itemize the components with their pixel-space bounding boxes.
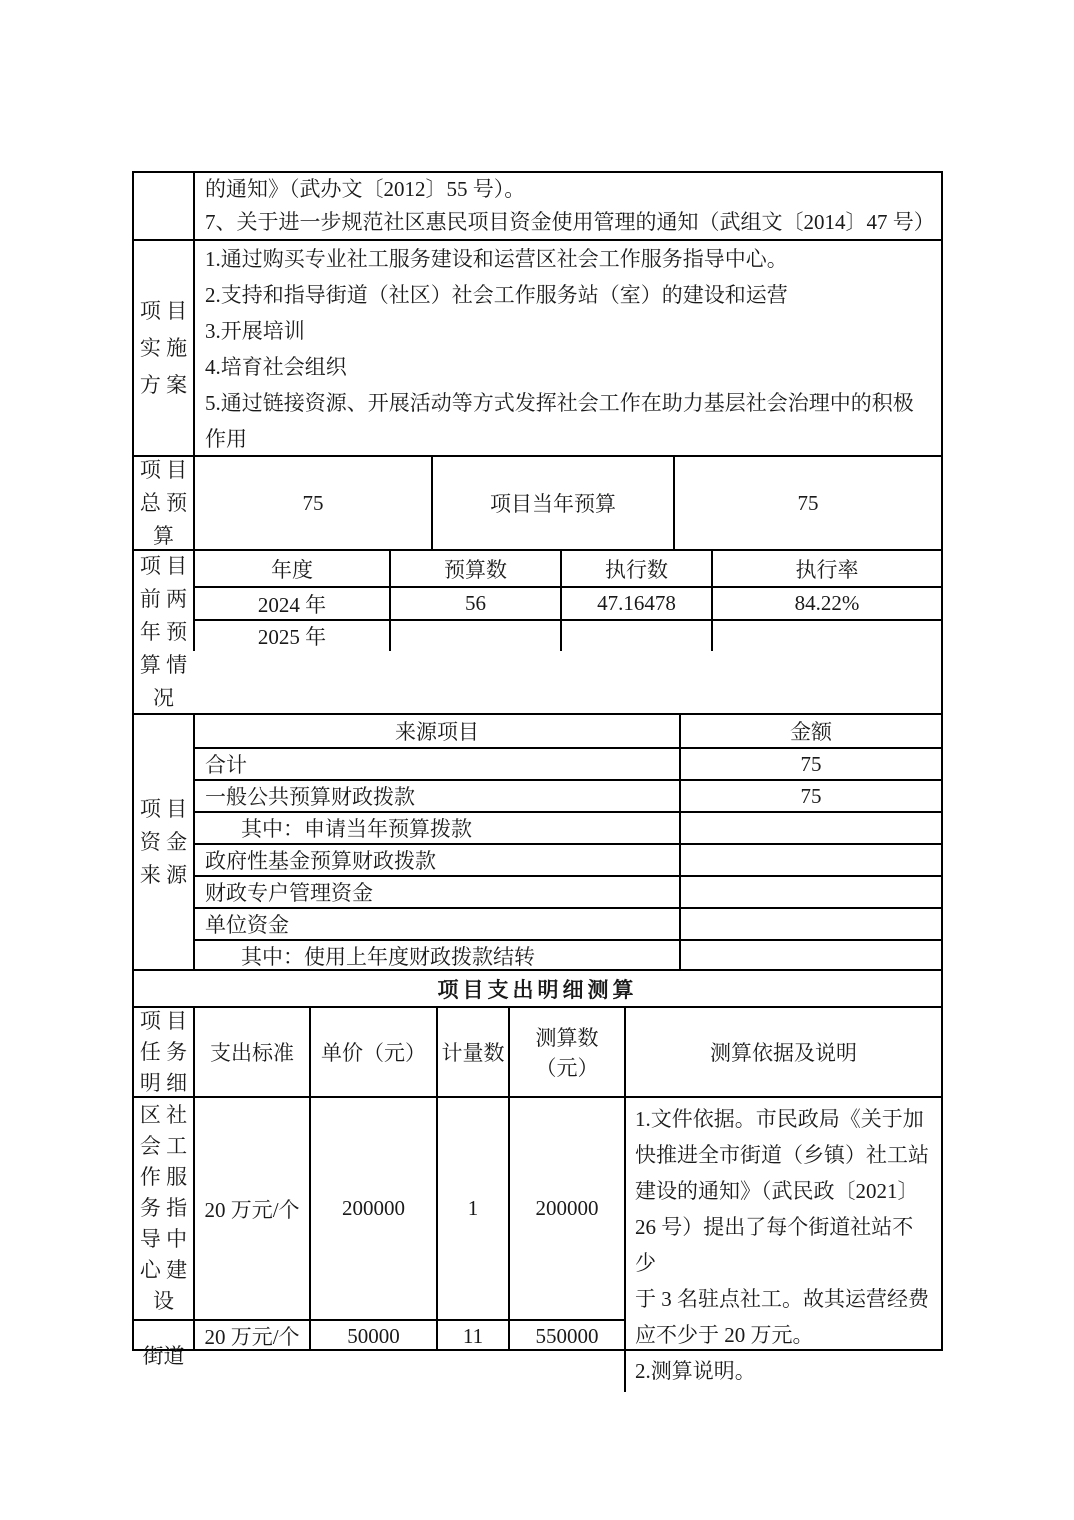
previous-years-budget-section: 项 目 前 两 年 预 算 情 况 年度 预算数 执行数 执行率 2024 年 … <box>134 549 941 713</box>
header-amount: 金额 <box>679 715 941 747</box>
unit-price-street: 50000 <box>309 1321 436 1351</box>
header-quantity: 计量数 <box>436 1008 508 1096</box>
continuation-text: 的通知》（武办文〔2012〕55 号）。 7、关于进一步规范社区惠民项目资金使用… <box>195 173 941 239</box>
budget-2025 <box>389 621 560 651</box>
funding-source-grid: 来源项目 金额 合计 75 一般公共预算财政拨款 75 其中：申请当年预算拨款 … <box>193 715 941 969</box>
execution-rate-2024: 84.22% <box>711 588 941 619</box>
year-2025-row: 2025 年 <box>193 619 941 651</box>
funding-row-unit-funds: 单位资金 <box>193 907 941 939</box>
funding-row-general-public: 一般公共预算财政拨款 75 <box>193 779 941 811</box>
header-calculated-amount: 测算数 （元） <box>508 1008 624 1096</box>
header-budget-number: 预算数 <box>389 551 560 586</box>
funding-source-label-cell: 项 目 资 金 来 源 <box>134 715 193 969</box>
source-name: 财政专户管理资金 <box>193 877 679 907</box>
standard-center-build: 20 万元/个 <box>193 1098 309 1319</box>
header-execution-number: 执行数 <box>560 551 711 586</box>
amount-center-build: 200000 <box>508 1098 624 1319</box>
source-amount <box>679 813 941 843</box>
calculation-basis-text: 1.文件依据。市民政局《关于加 快推进全市街道（乡镇）社工站 建设的通知》（武民… <box>626 1098 941 1392</box>
center-build-row: 20 万元/个 200000 1 200000 <box>193 1098 624 1319</box>
funding-source-label: 项 目 资 金 来 源 <box>140 793 187 892</box>
source-name: 其中：申请当年预算拨款 <box>193 813 679 843</box>
source-amount <box>679 845 941 875</box>
source-amount <box>679 941 941 971</box>
task-label-column: 区 社 会 工 作 服 务 指 导 中 心 建 设 街道 <box>134 1098 193 1392</box>
header-expenditure-standard: 支出标准 <box>193 1008 309 1096</box>
funding-row-government-fund: 政府性基金预算财政拨款 <box>193 843 941 875</box>
execution-2024: 47.16478 <box>560 588 711 619</box>
header-year: 年度 <box>193 551 389 586</box>
standard-street: 20 万元/个 <box>193 1321 309 1351</box>
current-year-budget-value: 75 <box>673 457 941 549</box>
total-budget-value: 75 <box>193 457 431 549</box>
funding-row-total: 合计 75 <box>193 747 941 779</box>
funding-row-carryover: 其中：使用上年度财政拨款结转 <box>193 939 941 971</box>
execution-2025 <box>560 621 711 651</box>
previous-years-label: 项 目 前 两 年 预 算 情 况 <box>140 550 187 715</box>
quantity-center-build: 1 <box>436 1098 508 1319</box>
header-calculation-basis: 测算依据及说明 <box>624 1008 941 1096</box>
previous-years-grid: 年度 预算数 执行数 执行率 2024 年 56 47.16478 84.22%… <box>193 551 941 713</box>
implementation-plan-content-cell: 1.通过购买专业社工服务建设和运营区社会工作服务指导中心。 2.支持和指导街道（… <box>193 241 941 455</box>
continuation-row: 的通知》（武办文〔2012〕55 号）。 7、关于进一步规范社区惠民项目资金使用… <box>134 173 941 239</box>
source-amount: 75 <box>679 781 941 811</box>
task-center-build-label: 区 社 会 工 作 服 务 指 导 中 心 建 设 <box>140 1100 187 1317</box>
source-amount: 75 <box>679 749 941 779</box>
task-street-label: 街道 <box>143 1340 185 1373</box>
source-name: 其中：使用上年度财政拨款结转 <box>193 941 679 971</box>
total-budget-section: 项 目 总 预 算 75 项目当年预算 75 <box>134 455 941 549</box>
total-budget-label-cell: 项 目 总 预 算 <box>134 457 193 549</box>
expenditure-header-row: 项 目 任 务 明 细 支出标准 单价（元） 计量数 测算数 （元） 测算依据及… <box>134 1006 941 1096</box>
funding-header-row: 来源项目 金额 <box>193 715 941 747</box>
funding-row-special-account: 财政专户管理资金 <box>193 875 941 907</box>
implementation-plan-text: 1.通过购买专业社工服务建设和运营区社会工作服务指导中心。 2.支持和指导街道（… <box>195 241 941 455</box>
amount-street: 550000 <box>508 1321 624 1351</box>
current-year-budget-label: 项目当年预算 <box>431 457 673 549</box>
source-name: 合计 <box>193 749 679 779</box>
source-name: 单位资金 <box>193 909 679 939</box>
expenditure-data-rows: 区 社 会 工 作 服 务 指 导 中 心 建 设 街道 20 万元/个 200… <box>134 1096 941 1392</box>
calculation-basis-cell: 1.文件依据。市民政局《关于加 快推进全市街道（乡镇）社工站 建设的通知》（武民… <box>624 1098 941 1392</box>
implementation-plan-label: 项 目 实 施 方 案 <box>140 293 187 404</box>
budget-2024: 56 <box>389 588 560 619</box>
continuation-label-empty <box>134 173 193 239</box>
funding-row-current-year-apply: 其中：申请当年预算拨款 <box>193 811 941 843</box>
execution-rate-2025 <box>711 621 941 651</box>
previous-years-label-cell: 项 目 前 两 年 预 算 情 况 <box>134 551 193 713</box>
expenditure-detail-title: 项目支出明细测算 <box>134 969 941 1006</box>
previous-years-header-row: 年度 预算数 执行数 执行率 <box>193 551 941 586</box>
task-center-build-cell: 区 社 会 工 作 服 务 指 导 中 心 建 设 <box>134 1098 193 1319</box>
street-row: 20 万元/个 50000 11 550000 <box>193 1319 624 1351</box>
project-budget-table: 的通知》（武办文〔2012〕55 号）。 7、关于进一步规范社区惠民项目资金使用… <box>132 171 943 1351</box>
source-name: 政府性基金预算财政拨款 <box>193 845 679 875</box>
expenditure-values-grid: 20 万元/个 200000 1 200000 20 万元/个 50000 11… <box>193 1098 624 1392</box>
implementation-plan-label-cell: 项 目 实 施 方 案 <box>134 241 193 455</box>
header-task-detail: 项 目 任 务 明 细 <box>140 1006 187 1099</box>
header-source-item: 来源项目 <box>193 715 679 747</box>
unit-price-center-build: 200000 <box>309 1098 436 1319</box>
year-2025: 2025 年 <box>193 621 389 651</box>
funding-source-section: 项 目 资 金 来 源 来源项目 金额 合计 75 一般公共预算财政拨款 75 … <box>134 713 941 969</box>
header-execution-rate: 执行率 <box>711 551 941 586</box>
task-street-cell: 街道 <box>134 1319 193 1392</box>
continuation-text-cell: 的通知》（武办文〔2012〕55 号）。 7、关于进一步规范社区惠民项目资金使用… <box>193 173 941 239</box>
header-task-detail-cell: 项 目 任 务 明 细 <box>134 1008 193 1096</box>
total-budget-label: 项 目 总 预 算 <box>140 454 187 553</box>
source-name: 一般公共预算财政拨款 <box>193 781 679 811</box>
quantity-street: 11 <box>436 1321 508 1351</box>
source-amount <box>679 877 941 907</box>
implementation-plan-section: 项 目 实 施 方 案 1.通过购买专业社工服务建设和运营区社会工作服务指导中心… <box>134 239 941 455</box>
header-unit-price: 单价（元） <box>309 1008 436 1096</box>
year-2024-row: 2024 年 56 47.16478 84.22% <box>193 586 941 619</box>
source-amount <box>679 909 941 939</box>
year-2024: 2024 年 <box>193 588 389 619</box>
